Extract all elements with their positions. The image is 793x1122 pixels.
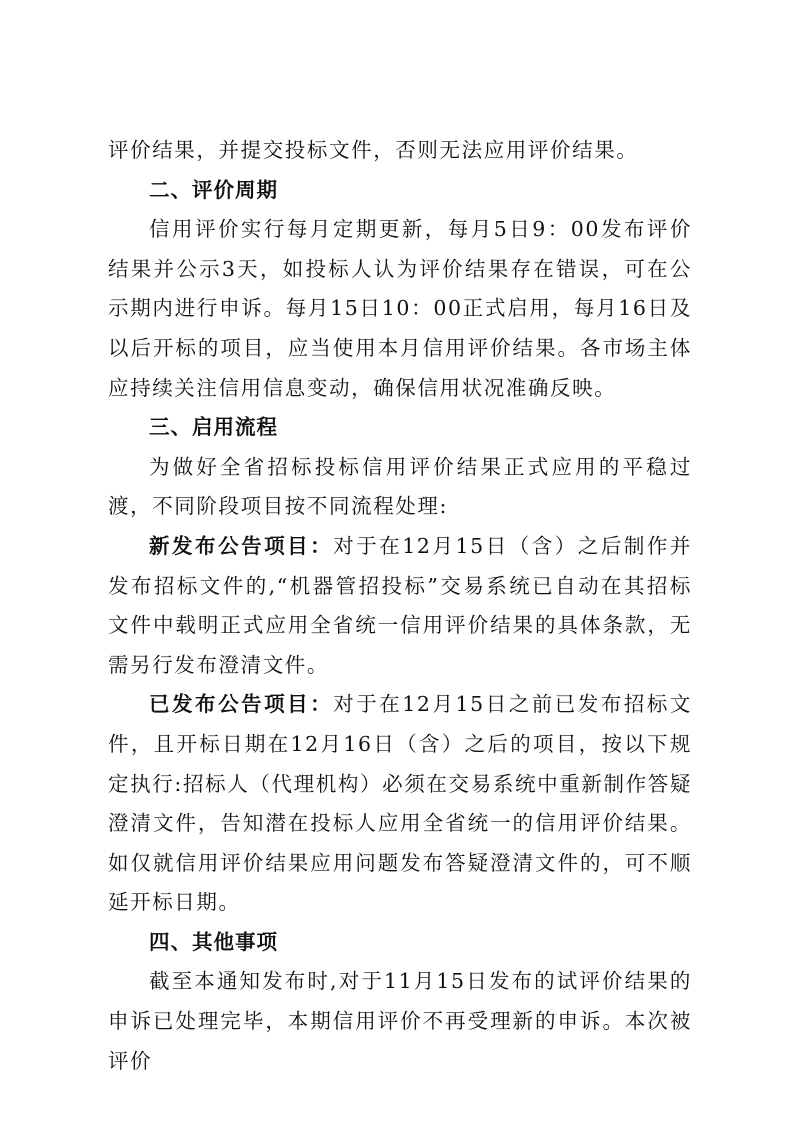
paragraph-continuation: 评价结果，并提交投标文件，否则无法应用评价结果。: [108, 131, 692, 171]
paragraph-evaluation-cycle: 信用评价实行每月定期更新，每月5日9：00发布评价结果并公示3天，如投标人认为评…: [108, 210, 692, 408]
section-heading-activation-process: 三、启用流程: [108, 408, 692, 448]
lead-new-announcement: 新发布公告项目：: [149, 534, 333, 558]
lead-published-announcement: 已发布公告项目：: [149, 692, 333, 716]
section-heading-other-matters: 四、其他事项: [108, 923, 692, 963]
paragraph-transition-intro: 为做好全省招标投标信用评价结果正式应用的平稳过渡，不同阶段项目按不同流程处理:: [108, 448, 692, 527]
paragraph-other-matters: 截至本通知发布时,对于11月15日发布的试评价结果的申诉已处理完毕，本期信用评价…: [108, 962, 692, 1081]
paragraph-published-announcement: 已发布公告项目：对于在12月15日之前已发布招标文件，且开标日期在12月16日（…: [108, 685, 692, 923]
section-heading-evaluation-cycle: 二、评价周期: [108, 171, 692, 211]
document-page: 评价结果，并提交投标文件，否则无法应用评价结果。 二、评价周期 信用评价实行每月…: [108, 131, 692, 1081]
body-published-announcement: 对于在12月15日之前已发布招标文件，且开标日期在12月16日（含）之后的项目，…: [108, 692, 692, 914]
paragraph-new-announcement: 新发布公告项目：对于在12月15日（含）之后制作并发布招标文件的,“机器管招投标…: [108, 527, 692, 685]
